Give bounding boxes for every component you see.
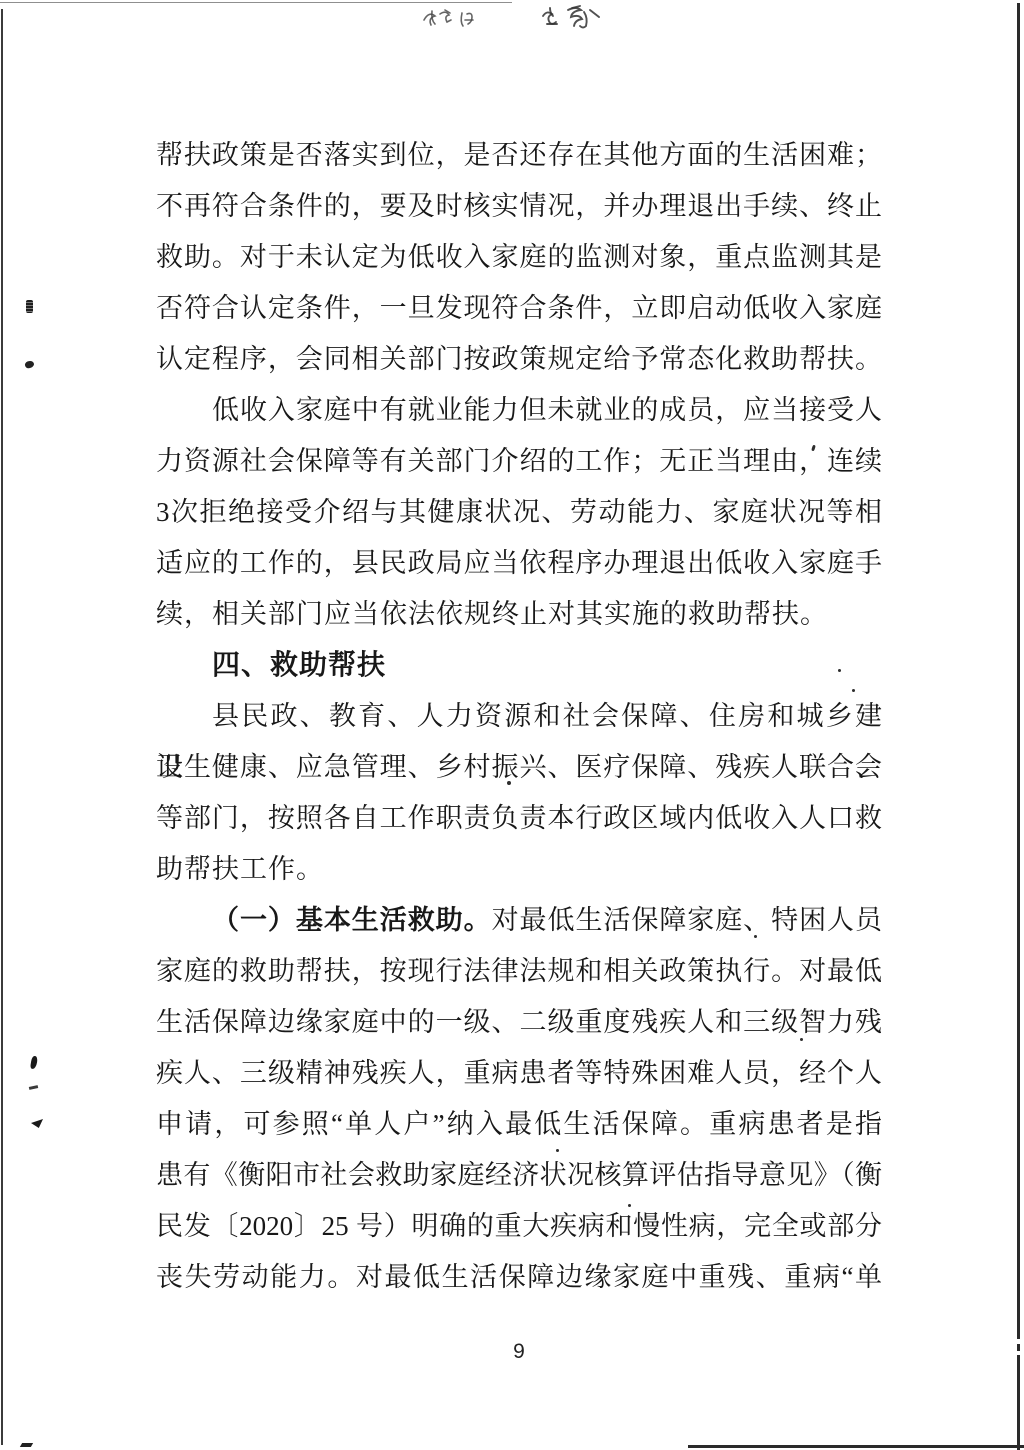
text-line: 县民政、教育、人力资源和社会保障、住房和城乡建设、	[156, 691, 882, 742]
page-border-top	[0, 2, 512, 3]
scan-artifact	[24, 360, 35, 370]
scan-artifact	[20, 1443, 33, 1447]
text-line: 等部门，按照各自工作职责负责本行政区域内低收入人口救	[156, 793, 882, 844]
page-border-bottom	[688, 1445, 1024, 1448]
text-segment: 对最低生活保障家庭、特困人员	[492, 905, 882, 935]
page-border-left	[1, 9, 3, 1445]
text-line: 家庭的救助帮扶，按现行法律法规和相关政策执行。对最低	[156, 946, 882, 997]
border-gap	[1016, 1339, 1021, 1344]
text-line: 帮扶政策是否落实到位，是否还存在其他方面的生活困难；	[156, 130, 882, 181]
section-heading: 四、救助帮扶	[156, 640, 882, 691]
text-line: 申请，可参照“单人户”纳入最低生活保障。重病患者是指	[156, 1099, 882, 1150]
text-line: 续，相关部门应当依法依规终止对其实施的救助帮扶。	[156, 589, 882, 640]
document-text: 帮扶政策是否落实到位，是否还存在其他方面的生活困难； 不再符合条件的，要及时核实…	[156, 130, 882, 1303]
scan-artifact	[31, 1119, 43, 1128]
text-line: 3次拒绝接受介绍与其健康状况、劳动能力、家庭状况等相	[156, 487, 882, 538]
scan-artifact	[29, 1085, 38, 1090]
page-border-right	[1017, 3, 1020, 1450]
text-line: 低收入家庭中有就业能力但未就业的成员，应当接受人	[156, 385, 882, 436]
text-line: 不再符合条件的，要及时核实情况，并办理退出手续、终止	[156, 181, 882, 232]
text-line: （一）基本生活救助。对最低生活保障家庭、特困人员	[156, 895, 882, 946]
border-gap	[1016, 1351, 1021, 1355]
text-line: 卫生健康、应急管理、乡村振兴、医疗保障、残疾人联合会	[156, 742, 882, 793]
document-page: 帮扶政策是否落实到位，是否还存在其他方面的生活困难； 不再符合条件的，要及时核实…	[0, 0, 1024, 1450]
text-line: 生活保障边缘家庭中的一级、二级重度残疾人和三级智力残	[156, 997, 882, 1048]
text-line: 力资源社会保障等有关部门介绍的工作；无正当理由，连续	[156, 436, 882, 487]
text-line: 患有《衡阳市社会救助家庭经济状况核算评估指导意见》（衡	[156, 1150, 882, 1201]
text-line: 救助。对于未认定为低收入家庭的监测对象，重点监测其是	[156, 232, 882, 283]
text-line: 助帮扶工作。	[156, 844, 882, 895]
scan-artifact	[30, 1056, 38, 1070]
scan-artifact	[26, 300, 33, 313]
handwriting-smudge-icon	[418, 4, 482, 32]
page-number: 9	[156, 1340, 882, 1364]
text-line: 认定程序，会同相关部门按政策规定给予常态化救助帮扶。	[156, 334, 882, 385]
text-line: 丧失劳动能力。对最低生活保障边缘家庭中重残、重病“单	[156, 1252, 882, 1303]
text-line: 民发〔2020〕25 号）明确的重大疾病和慢性病，完全或部分	[156, 1201, 882, 1252]
text-line: 疾人、三级精神残疾人，重病患者等特殊困难人员，经个人	[156, 1048, 882, 1099]
subsection-title: （一）基本生活救助。	[212, 905, 492, 935]
handwriting-smudge-icon	[538, 2, 606, 34]
text-line: 适应的工作的，县民政局应当依程序办理退出低收入家庭手	[156, 538, 882, 589]
text-line: 否符合认定条件，一旦发现符合条件，立即启动低收入家庭	[156, 283, 882, 334]
